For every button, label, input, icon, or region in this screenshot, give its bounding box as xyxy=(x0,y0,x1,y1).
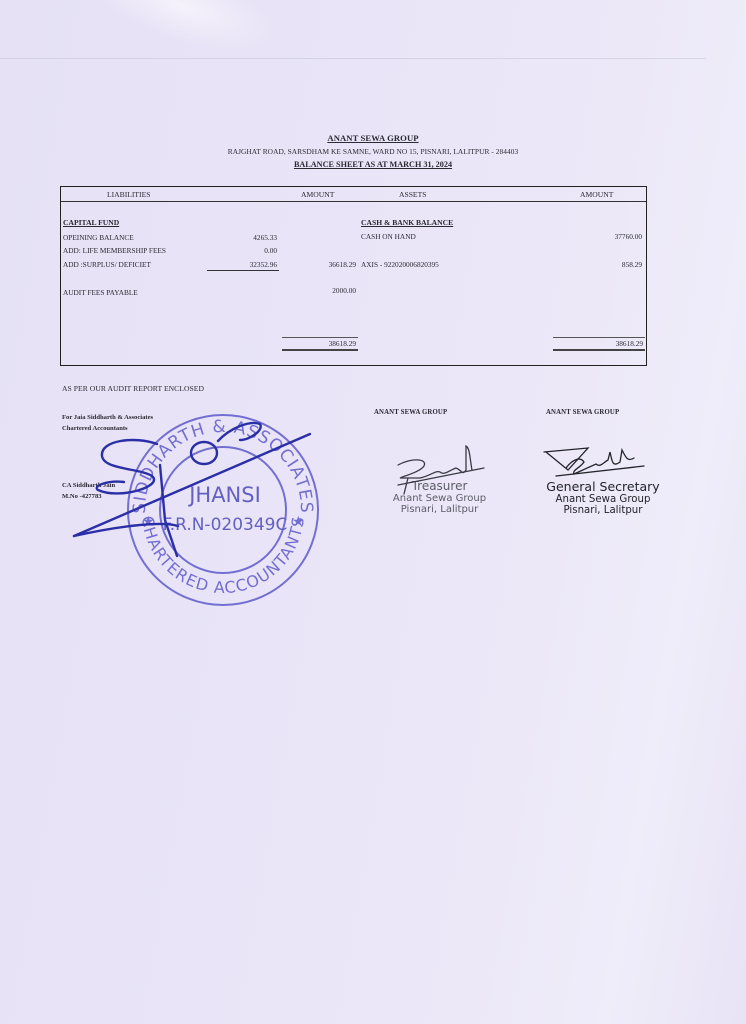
auditor-firm: For Jaia Siddharth & Associates Chartere… xyxy=(62,412,153,434)
treasurer-seal: Treasurer Anant Sewa Group Pisnari, Lali… xyxy=(377,480,502,515)
audit-note: AS PER OUR AUDIT REPORT ENCLOSED xyxy=(62,384,204,393)
auditor-firm-type: Chartered Accountants xyxy=(62,423,153,434)
row-amount-cash-on-hand: 37760.00 xyxy=(615,232,642,241)
treasurer-place: Pisnari, Lalitpur xyxy=(377,504,502,515)
svg-text:CHARTERED ACCOUNTANTS: CHARTERED ACCOUNTANTS xyxy=(138,515,308,597)
auditor-rubber-stamp: SIDDHARTH & ASSOCIATES CHARTERED ACCOUNT… xyxy=(128,415,318,605)
row-amount-axis-bank: 858.29 xyxy=(622,260,642,269)
row-amount-audit-fees: 2000.00 xyxy=(332,286,356,295)
svg-text:SIDDHARTH & ASSOCIATES: SIDDHARTH & ASSOCIATES xyxy=(130,417,316,514)
assets-total: 38618.29 xyxy=(553,337,645,351)
row-label-life-membership: ADD: LIFE MEMBERSHIP FEES xyxy=(63,246,166,255)
auditor-name: CA Siddharth Jain xyxy=(62,480,115,491)
general-secretary-signature xyxy=(544,448,644,476)
treasurer-role: Treasurer xyxy=(377,480,502,493)
row-label-surplus: ADD :SURPLUS/ DEFICIET xyxy=(63,260,151,269)
general-secretary-seal: General Secretary Anant Sewa Group Pisna… xyxy=(533,480,673,516)
auditor-membership-number: M.No -427783 xyxy=(62,491,115,502)
general-secretary-place: Pisnari, Lalitpur xyxy=(533,505,673,516)
organization-address: RAJGHAT ROAD, SARSDHAM KE SAMNE, WARD NO… xyxy=(0,147,746,156)
general-secretary-org: Anant Sewa Group xyxy=(533,494,673,505)
row-label-axis-bank: AXIS - 922020006820395 xyxy=(361,260,439,269)
row-subamount-life-membership: 0.00 xyxy=(264,246,277,255)
svg-text:JHANSI: JHANSI xyxy=(187,483,261,507)
row-amount-capital-fund: 36618.29 xyxy=(329,260,356,269)
liabilities-total: 38618.29 xyxy=(282,337,358,351)
table-header-row: LIABILITIES AMOUNT ASSETS AMOUNT xyxy=(61,187,646,202)
column-header-assets-amount: AMOUNT xyxy=(580,190,613,199)
row-subamount-opening-balance: 4265.33 xyxy=(253,233,277,242)
balance-sheet-table: LIABILITIES AMOUNT ASSETS AMOUNT CAPITAL… xyxy=(60,186,647,366)
section-capital-fund: CAPITAL FUND xyxy=(63,218,119,227)
secretary-group-heading: ANANT SEWA GROUP xyxy=(546,409,619,416)
document-header: ANANT SEWA GROUP RAJGHAT ROAD, SARSDHAM … xyxy=(0,133,746,169)
column-header-liabilities-amount: AMOUNT xyxy=(301,190,334,199)
general-secretary-role: General Secretary xyxy=(533,480,673,494)
stamp-top-text: SIDDHARTH & ASSOCIATES xyxy=(130,417,316,514)
column-header-liabilities: LIABILITIES xyxy=(107,190,150,199)
row-label-cash-on-hand: CASH ON HAND xyxy=(361,232,416,241)
organization-name: ANANT SEWA GROUP xyxy=(0,133,746,143)
treasurer-org: Anant Sewa Group xyxy=(377,493,502,504)
auditor-firm-name: For Jaia Siddharth & Associates xyxy=(62,412,153,423)
svg-text:★: ★ xyxy=(292,514,305,530)
scan-artifact-line xyxy=(0,58,706,59)
row-subamount-surplus-wrap: 32352.96 xyxy=(207,260,279,271)
column-header-assets: ASSETS xyxy=(399,190,426,199)
svg-text:★: ★ xyxy=(142,514,155,530)
row-subamount-surplus: 32352.96 xyxy=(207,260,279,271)
row-label-opening-balance: OPEINING BALANCE xyxy=(63,233,134,242)
treasurer-group-heading: ANANT SEWA GROUP xyxy=(374,409,447,416)
svg-text:F.R.N-020349C: F.R.N-020349C xyxy=(163,515,288,535)
auditor-signatory: CA Siddharth Jain M.No -427783 xyxy=(62,480,115,502)
document-title: BALANCE SHEET AS AT MARCH 31, 2024 xyxy=(0,160,746,169)
section-cash-bank: CASH & BANK BALANCE xyxy=(361,218,453,227)
row-label-audit-fees: AUDIT FEES PAYABLE xyxy=(63,288,138,297)
